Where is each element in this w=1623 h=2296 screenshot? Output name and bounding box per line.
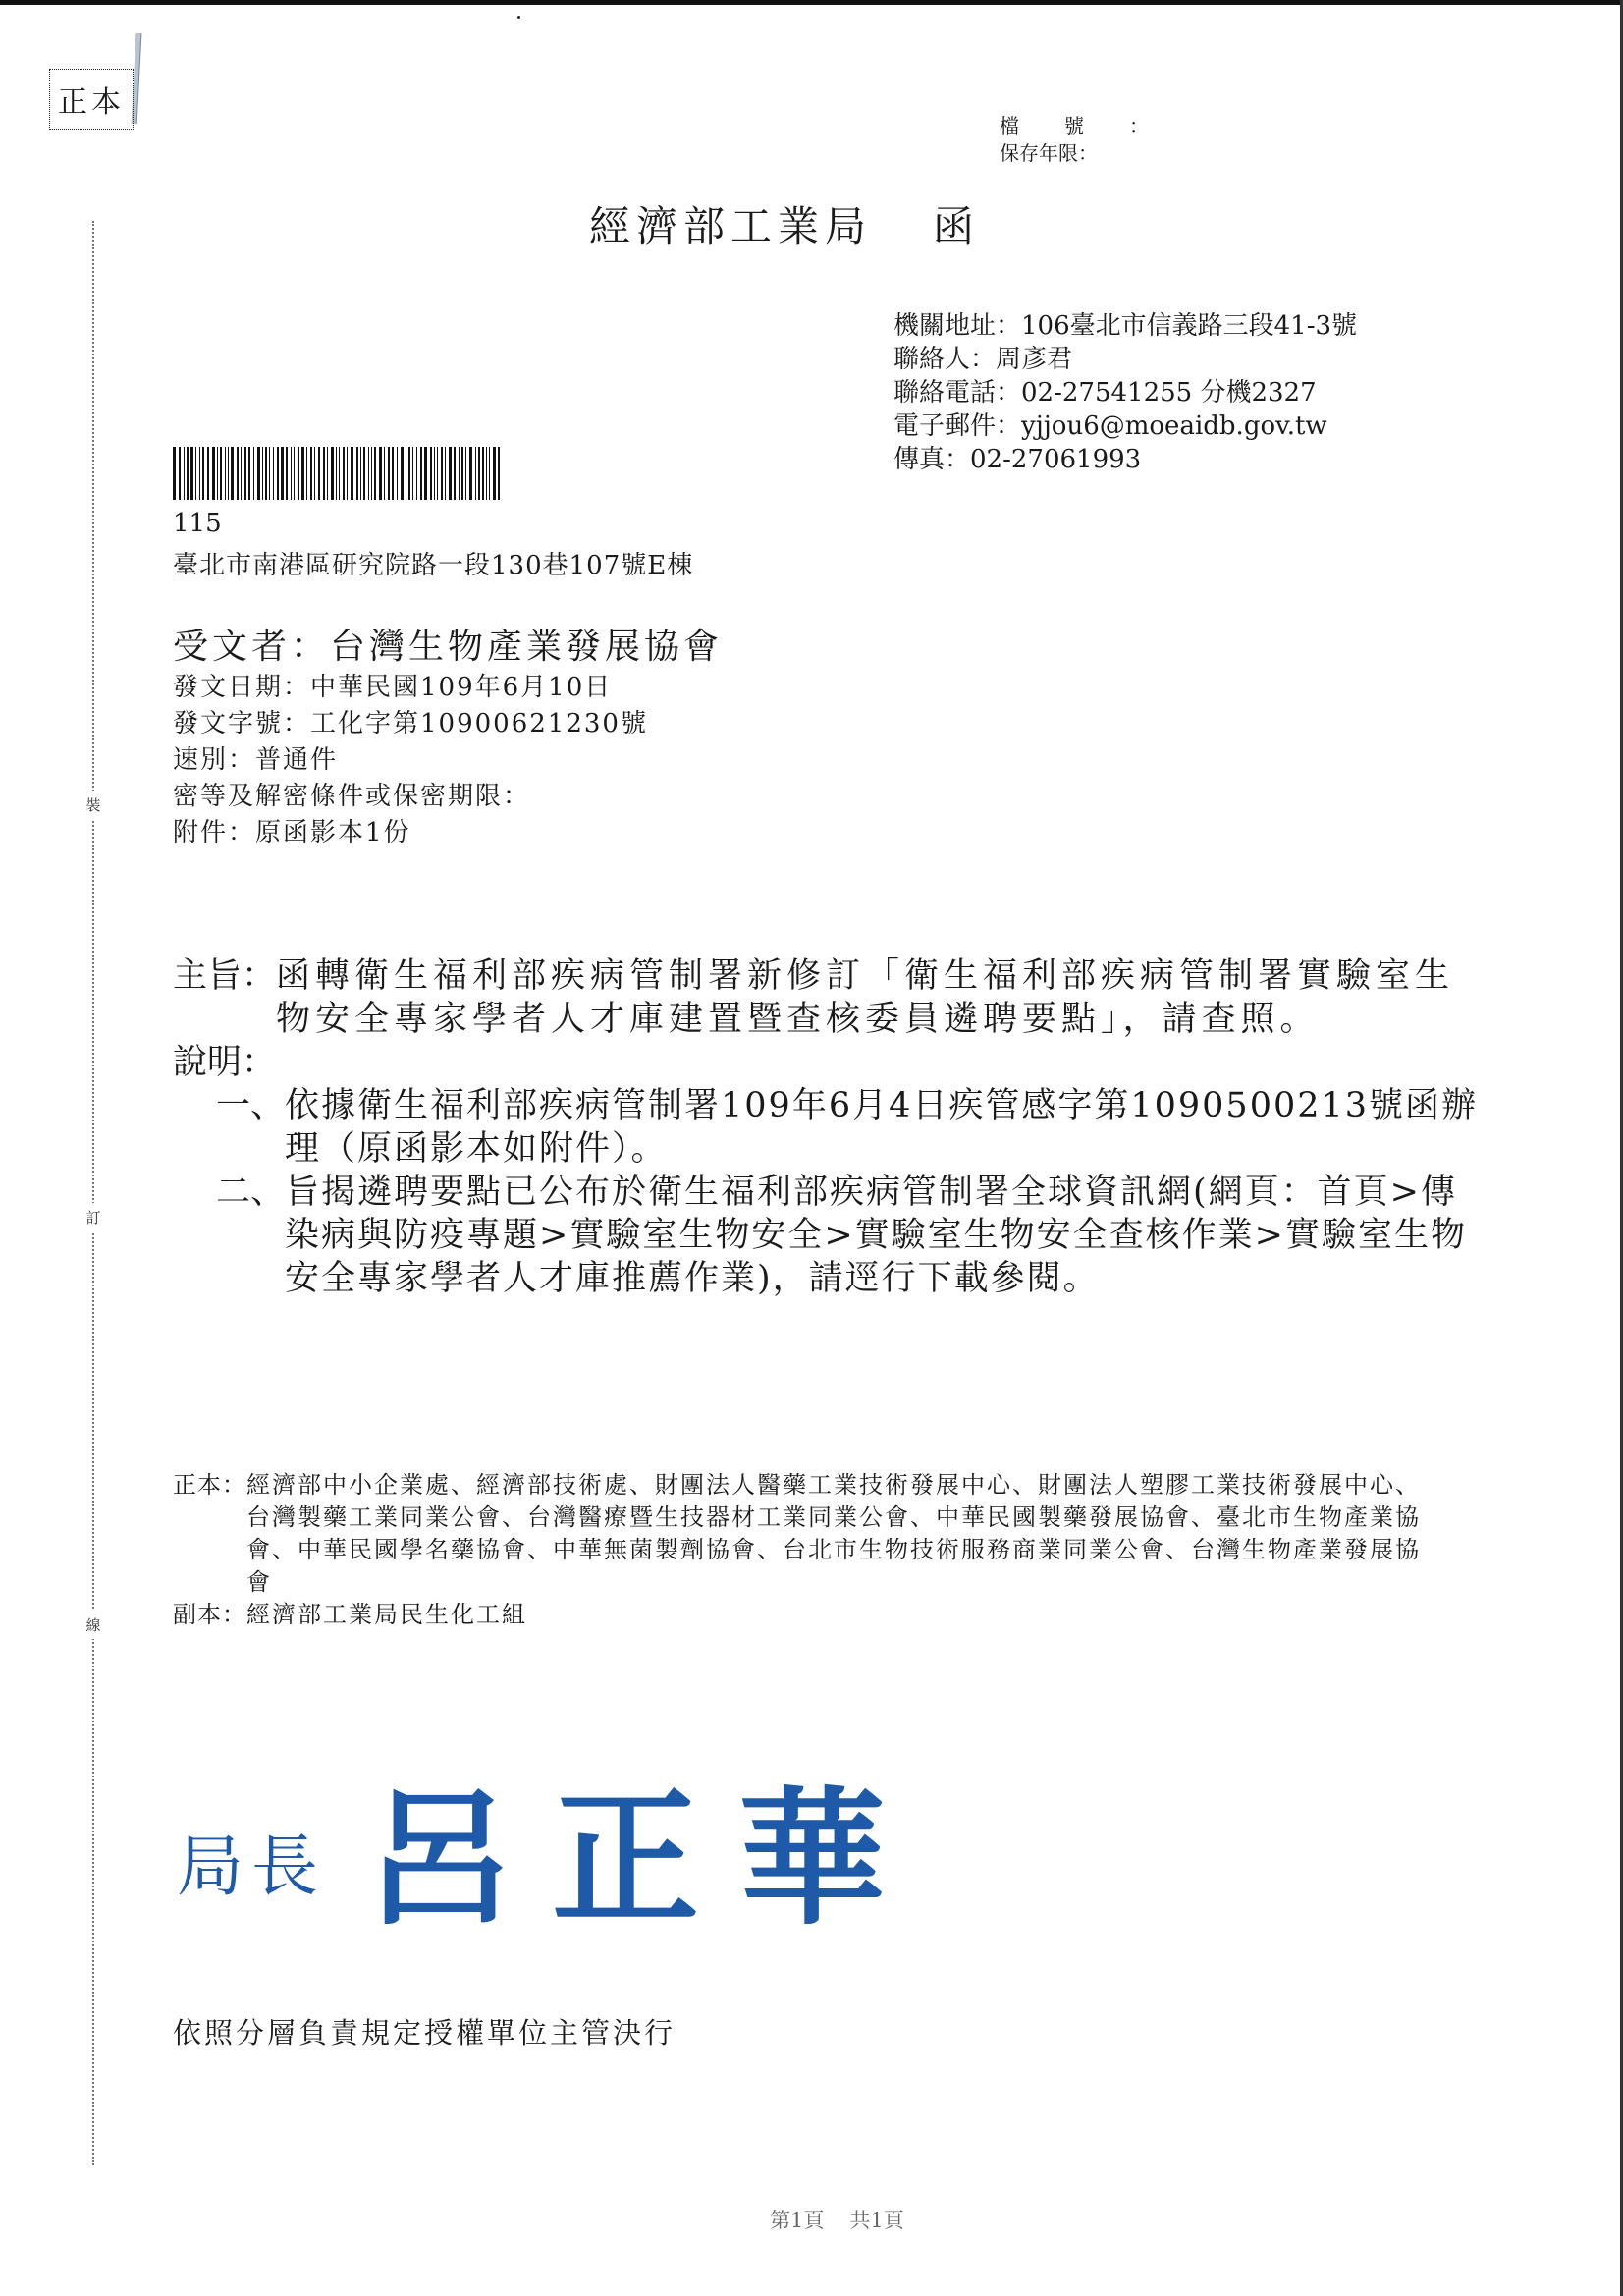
barcode-bar xyxy=(327,447,328,500)
barcode-bar xyxy=(339,447,340,500)
barcode-bar xyxy=(374,447,376,500)
barcode-bar xyxy=(430,447,432,500)
barcode-bar xyxy=(412,447,413,500)
original-copy-stamp: 正本 xyxy=(49,69,134,130)
contact-person: 聯絡人：周彥君 xyxy=(893,343,1357,376)
copy-recipients-label: 副本： xyxy=(173,1599,246,1631)
binding-mark-ding: 訂 xyxy=(81,1203,106,1231)
barcode-bar xyxy=(351,447,353,500)
barcode-bar xyxy=(465,447,466,500)
page-total: 共1頁 xyxy=(849,2209,903,2232)
barcode-bar xyxy=(184,447,185,500)
barcode-bar xyxy=(343,447,345,500)
agency-name: 經濟部工業局 xyxy=(589,202,872,250)
barcode-bar xyxy=(306,447,307,500)
director-signature-stamp: 局長 呂正華 xyxy=(177,1743,925,1949)
barcode-bar xyxy=(277,447,279,500)
scan-speck xyxy=(517,16,520,19)
barcode-bar xyxy=(392,447,394,500)
barcode-bar xyxy=(469,447,472,500)
signature-title: 局長 xyxy=(177,1814,326,1909)
barcode-bar xyxy=(262,447,263,500)
barcode-bar xyxy=(248,447,250,500)
barcode-bar xyxy=(310,447,312,500)
issue-meta-block: 發文日期：中華民國109年6月10日 發文字號：工化字第10900621230號… xyxy=(173,670,648,851)
barcode-bar xyxy=(187,447,189,500)
barcode-bar xyxy=(212,447,215,500)
barcode-bar xyxy=(475,447,476,500)
barcode-bar xyxy=(195,447,196,500)
barcode-bar xyxy=(241,447,242,500)
barcode-bar xyxy=(406,447,406,500)
barcode-bar xyxy=(257,447,260,500)
barcode-bar xyxy=(401,447,404,500)
signature-name: 呂正華 xyxy=(365,1740,925,1952)
recipient-name: 台灣生物產業發展協會 xyxy=(330,627,723,667)
explanation-heading: 說明： xyxy=(173,1041,1479,1084)
original-recipients-label: 正本： xyxy=(173,1469,246,1599)
barcode-bar xyxy=(416,447,417,500)
barcode-bar xyxy=(331,447,334,500)
explanation-item: 二、 旨揭遴聘要點已公布於衛生福利部疾病管制署全球資訊網(網頁：首頁>傳染病與防… xyxy=(173,1171,1479,1300)
contact-email: 電子郵件：yjjou6@moeaidb.gov.tw xyxy=(893,410,1357,443)
barcode-bar xyxy=(408,447,410,500)
contact-fax: 傳真：02-27061993 xyxy=(893,443,1357,476)
agency-contact-block: 機關地址：106臺北市信義路三段41-3號 聯絡人：周彥君 聯絡電話：02-27… xyxy=(893,309,1357,476)
barcode-bar xyxy=(207,447,209,500)
barcode-bar xyxy=(371,447,372,500)
barcode-bar xyxy=(190,447,193,500)
barcode-bar xyxy=(179,447,181,500)
barcode-bar xyxy=(363,447,365,500)
delivery-speed: 速別：普通件 xyxy=(173,742,648,779)
recipient-line: 受文者：台灣生物產業發展協會 xyxy=(173,619,723,669)
barcode-bar xyxy=(493,447,496,500)
barcode-bar xyxy=(265,447,267,500)
explanation-item: 一、 依據衛生福利部疾病管制署109年6月4日疾管感字第1090500213號函… xyxy=(173,1084,1479,1171)
page-number: 第1頁 xyxy=(770,2209,824,2232)
barcode-bar xyxy=(269,447,270,500)
barcode-bar xyxy=(379,447,382,500)
barcode-bar xyxy=(225,447,226,500)
recipient-address: 臺北市南港區研究院路一段130巷107號E棟 xyxy=(173,545,693,581)
barcode-bar xyxy=(420,447,422,500)
barcode-bar xyxy=(486,447,487,500)
barcode-bar xyxy=(323,447,325,500)
barcode-bar xyxy=(434,447,435,500)
doc-type: 函 xyxy=(933,202,980,250)
barcode-bar xyxy=(397,447,398,500)
barcode-bar xyxy=(449,447,452,500)
barcode-bar xyxy=(360,447,361,500)
letter-body: 主旨： 函轉衛生福利部疾病管制署新修訂「衛生福利部疾病管制署實驗室生物安全專家學… xyxy=(173,955,1479,1300)
barcode-bar xyxy=(459,447,460,500)
barcode-bar xyxy=(356,447,358,500)
barcode-bar xyxy=(237,447,239,500)
subject-text: 函轉衛生福利部疾病管制署新修訂「衛生福利部疾病管制署實驗室生物安全專家學者人才庫… xyxy=(276,955,1479,1041)
binding-dotted-line xyxy=(92,221,94,2165)
retention-label: 保存年限 xyxy=(1000,139,1078,167)
subject-label: 主旨： xyxy=(173,955,276,1041)
barcode-bar xyxy=(244,447,246,500)
barcode-bar xyxy=(388,447,390,500)
barcode-bar xyxy=(231,447,234,500)
binding-mark-zhuang: 裝 xyxy=(81,791,106,819)
barcode-bar xyxy=(368,447,369,500)
barcode-bar xyxy=(445,447,446,500)
binding-mark-xian: 線 xyxy=(81,1611,106,1639)
barcode-bar xyxy=(228,447,229,500)
recipient-label: 受文者： xyxy=(173,627,330,667)
barcode-bar xyxy=(347,447,348,500)
issue-date: 發文日期：中華民國109年6月10日 xyxy=(173,670,648,706)
explanation-item-number: 二、 xyxy=(216,1171,285,1300)
explanation-item-number: 一、 xyxy=(216,1084,285,1171)
barcode-bar xyxy=(291,447,292,500)
agency-address: 機關地址：106臺北市信義路三段41-3號 xyxy=(893,309,1357,343)
barcode-bar xyxy=(461,447,463,500)
barcode-bar xyxy=(298,447,299,500)
issue-doc-number: 發文字號：工化字第10900621230號 xyxy=(173,706,648,742)
barcode-bar xyxy=(220,447,222,500)
barcode-bar xyxy=(336,447,337,500)
barcode-bar xyxy=(314,447,315,500)
contact-phone: 聯絡電話：02-27541255 分機2327 xyxy=(893,376,1357,410)
barcode-bar xyxy=(281,447,284,500)
barcode-bar xyxy=(441,447,443,500)
barcode-bar xyxy=(437,447,438,500)
barcode-bar xyxy=(199,447,200,500)
original-recipients-text: 經濟部中小企業處、經濟部技術處、財團法人醫藥工業技術發展中心、財團法人塑膠工業技… xyxy=(246,1469,1439,1599)
barcode-bar xyxy=(253,447,254,500)
barcode-bar xyxy=(384,447,385,500)
barcode-bar xyxy=(173,447,176,500)
barcode-bar xyxy=(454,447,456,500)
distribution-block: 正本： 經濟部中小企業處、經濟部技術處、財團法人醫藥工業技術發展中心、財團法人塑… xyxy=(173,1469,1439,1631)
document-title: 經濟部工業局函 xyxy=(589,194,980,253)
copy-recipients: 副本： 經濟部工業局民生化工組 xyxy=(173,1599,1439,1631)
barcode-bar xyxy=(498,447,500,500)
authorization-note: 依照分層負責規定授權單位主管決行 xyxy=(173,2011,676,2051)
barcode-bar xyxy=(273,447,274,500)
barcode-bar xyxy=(482,447,484,500)
file-number-label: 檔號 xyxy=(1000,112,1129,139)
original-recipients: 正本： 經濟部中小企業處、經濟部技術處、財團法人醫藥工業技術發展中心、財團法人塑… xyxy=(173,1469,1439,1599)
barcode-bar xyxy=(478,447,480,500)
copy-recipients-text: 經濟部工業局民生化工組 xyxy=(246,1599,1439,1631)
file-meta: 檔號： 保存年限： xyxy=(1000,112,1149,167)
barcode-bar xyxy=(294,447,295,500)
barcode-bar xyxy=(424,447,427,500)
barcode-bar xyxy=(202,447,204,500)
attachment-info: 附件：原函影本1份 xyxy=(173,815,648,851)
scan-top-edge xyxy=(0,0,1623,5)
recipient-zip: 115 xyxy=(173,509,222,538)
explanation-label: 說明： xyxy=(173,1041,276,1084)
barcode-bar xyxy=(489,447,490,500)
page-footer: 第1頁共1頁 xyxy=(770,2205,904,2234)
subject-paragraph: 主旨： 函轉衛生福利部疾病管制署新修訂「衛生福利部疾病管制署實驗室生物安全專家學… xyxy=(173,955,1479,1041)
barcode-bar xyxy=(301,447,304,500)
explanation-item-text: 依據衛生福利部疾病管制署109年6月4日疾管感字第1090500213號函辦理（… xyxy=(285,1084,1479,1171)
security-level: 密等及解密條件或保密期限： xyxy=(173,779,648,815)
barcode-bar xyxy=(217,447,218,500)
postal-barcode xyxy=(173,447,518,500)
barcode-bar xyxy=(318,447,320,500)
explanation-item-text: 旨揭遴聘要點已公布於衛生福利部疾病管制署全球資訊網(網頁：首頁>傳染病與防疫專題… xyxy=(285,1171,1479,1300)
barcode-bar xyxy=(286,447,288,500)
